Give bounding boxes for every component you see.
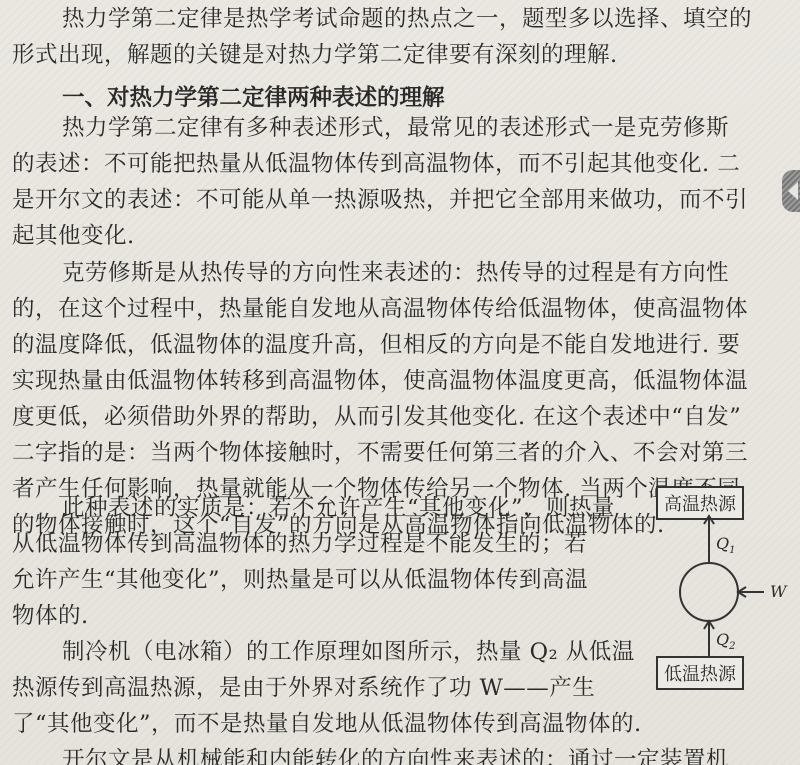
q2-label: Q2 [716, 630, 736, 652]
refrigerator-diagram: 高温热源 Q1 W Q2 低温热源 [640, 486, 800, 686]
para3-line-1: 此种表述的实质是：若不允许产生“其他变化”，则热量 [62, 497, 615, 520]
scanned-page: 热力学第二定律是热学考试命题的热点之一，题型多以选择、填空的 形式出现，解题的关… [0, 0, 800, 765]
para1-line-4: 起其他变化. [12, 225, 135, 248]
para2-line-2: 的，在这个过程中，热量能自发地从高温物体传给低温物体，使高温物体 [12, 298, 748, 321]
section-heading: 一、对热力学第二定律两种表述的理解 [62, 80, 445, 112]
cold-reservoir-box: 低温热源 [656, 656, 744, 690]
chevron-left-tab-icon [782, 170, 800, 212]
para3-line-4: 物体的. [12, 605, 89, 628]
para1-line-3: 是开尔文的表述：不可能从单一热源吸热，并把它全部用来做功，而不引 [12, 189, 748, 212]
q1-label: Q1 [716, 534, 736, 556]
work-label: W [770, 582, 786, 601]
para1-line-1: 热力学第二定律有多种表述形式，最常见的表述形式一是克劳修斯 [62, 117, 729, 140]
para4-line-1: 制冷机（电冰箱）的工作原理如图所示，热量 Q₂ 从低温 [62, 641, 635, 664]
para4-line-3: 了“其他变化”，而不是热量自发地从低温物体传到高温物体的. [12, 713, 642, 736]
para2-line-1: 克劳修斯是从热传导的方向性来表述的：热传导的过程是有方向性 [62, 262, 729, 285]
para3-line-2: 从低温物体传到高温物体的热力学过程是不能发生的；若 [12, 533, 587, 556]
para4-line-2: 热源传到高温热源，是由于外界对系统作了功 W——产生 [12, 677, 595, 700]
para2-line-6: 二字指的是：当两个物体接触时，不需要任何第三者的介入、不会对第三 [12, 442, 748, 465]
para5-line-1: 开尔文是从机械能和内能转化的方向性来表述的：通过一定装置机 [62, 749, 729, 765]
intro-line-1: 热力学第二定律是热学考试命题的热点之一，题型多以选择、填空的 [62, 8, 752, 31]
para2-line-3: 的温度降低，低温物体的温度升高，但相反的方向是不能自发地进行. 要 [12, 334, 740, 357]
para2-line-5: 度更低，必须借助外界的帮助，从而引发其他变化. 在这个表述中“自发” [12, 406, 741, 429]
para2-line-4: 实现热量由低温物体转移到高温物体，使高温物体温度更高，低温物体温 [12, 370, 748, 393]
intro-line-2: 形式出现，解题的关键是对热力学第二定律要有深刻的理解. [12, 44, 618, 67]
para1-line-2: 的表述：不可能把热量从低温物体传到高温物体，而不引起其他变化. 二 [12, 153, 740, 176]
para3-line-3: 允许产生“其他变化”，则热量是可以从低温物体传到高温 [12, 569, 588, 592]
